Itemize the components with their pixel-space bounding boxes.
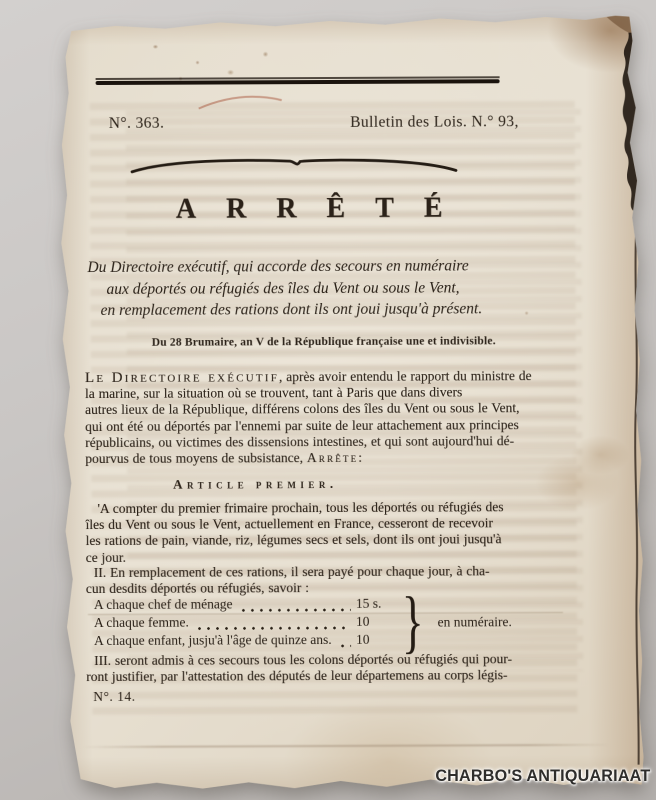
subtitle-line: Du Directoire exécutif, qui accorde des …	[87, 255, 561, 279]
article-1-paragraph: 'A compter du premier frimaire prochain,…	[85, 499, 565, 566]
preamble-arrete: Arrête:	[307, 450, 364, 465]
header-rule	[96, 76, 500, 85]
curly-brace-icon: }	[402, 596, 424, 650]
bulletin-page: N°. 363. Bulletin des Lois. N.° 93, ARRÊ…	[55, 13, 643, 794]
article-2-intro: II. En remplacement de ces rations, il s…	[86, 563, 566, 598]
bulletin-title: Bulletin des Lois. N.° 93,	[350, 113, 519, 132]
photograph-background: N°. 363. Bulletin des Lois. N.° 93, ARRÊ…	[0, 0, 656, 800]
dot-leader	[239, 600, 351, 612]
subtitle-line: en remplacement des rations dont ils ont…	[88, 298, 562, 322]
document-title: ARRÊTÉ	[84, 192, 534, 226]
payment-value: 15 s.	[356, 596, 394, 612]
payment-value: 10	[356, 614, 394, 630]
preamble-lede: Le Directoire exécutif	[85, 369, 279, 386]
payment-list: A chaque chef de ménage 15 s. A chaque f…	[94, 595, 580, 651]
sheet-number: N°. 14.	[93, 689, 135, 705]
subtitle-line: aux déportés ou réfugiés des îles du Ven…	[87, 276, 561, 300]
dateline: Du 28 Brumaire, an V de la République fr…	[85, 335, 563, 349]
document-paper: N°. 363. Bulletin des Lois. N.° 93, ARRÊ…	[0, 0, 656, 800]
brace-ornament-icon	[128, 153, 460, 174]
page-header: N°. 363. Bulletin des Lois. N.° 93,	[109, 113, 519, 133]
seller-watermark: CHARBO'S ANTIQUARIAAT	[435, 766, 650, 786]
fold-line	[83, 744, 610, 748]
burnt-edge	[594, 13, 643, 791]
payment-rows: A chaque chef de ménage 15 s. A chaque f…	[94, 596, 394, 651]
payment-row: A chaque enfant, jusju'à l'âge de quinze…	[94, 632, 394, 651]
preamble-paragraph: Le Directoire exécutif, après avoir ente…	[85, 368, 565, 467]
payment-note: en numéraire.	[438, 614, 512, 630]
payment-row: A chaque chef de ménage 15 s.	[94, 596, 394, 615]
payment-label: A chaque enfant, jusju'à l'âge de quinze…	[94, 632, 332, 649]
document-subtitle: Du Directoire exécutif, qui accorde des …	[87, 255, 561, 322]
dot-leader	[195, 618, 351, 631]
dot-leader	[338, 636, 351, 648]
payment-label: A chaque chef de ménage	[94, 596, 233, 613]
issue-number: N°. 363.	[109, 115, 165, 133]
payment-label: A chaque femme.	[94, 615, 189, 631]
payment-row: A chaque femme. 10	[94, 614, 394, 633]
pencil-mark	[196, 92, 286, 112]
article-3-paragraph: III. seront admis à ces secours tous les…	[86, 651, 568, 686]
article-heading: Article premier.	[85, 476, 425, 493]
payment-value: 10	[356, 632, 394, 648]
